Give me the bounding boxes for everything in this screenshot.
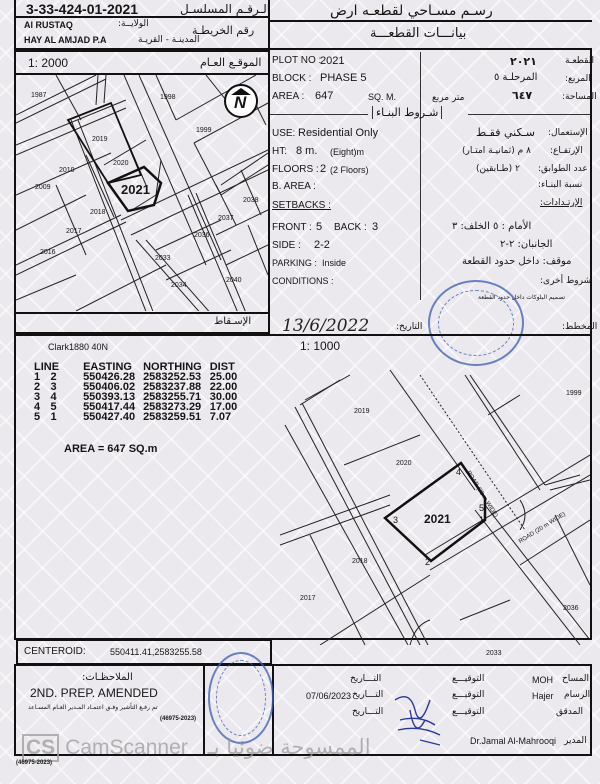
map-number-label: رقم الخريطـة — [192, 24, 254, 37]
plot-label: 1998 — [160, 94, 176, 101]
northing-cell: 2583259.51 — [139, 412, 206, 422]
line-from-cell: 5 — [30, 412, 47, 422]
area-value: 647 — [315, 90, 333, 102]
vertex-label: 5 — [479, 503, 484, 513]
back-label: BACK : — [334, 222, 367, 233]
building-conditions-heading: شـروط البنـاء — [372, 106, 442, 119]
ministry-stamp — [208, 652, 274, 744]
north-label: N — [234, 93, 246, 113]
area-summary: AREA = 647 SQ.m — [64, 443, 157, 455]
notes-text: 2ND. PREP. AMENDED — [30, 686, 158, 700]
detail-plot-label: 2020 — [396, 460, 412, 467]
vertex-label: 3 — [393, 515, 398, 525]
plot-label: 2038 — [243, 197, 259, 204]
height-ar: ٨ م (ثمانيـة امتـار) — [462, 146, 531, 156]
detail-map — [280, 355, 590, 645]
plot-no-label: PLOT NO : — [272, 55, 321, 66]
setbacks-label: SETBACKS : — [272, 200, 331, 211]
approval-date: 07/06/2023 — [306, 691, 351, 701]
land-survey-sheet: 3-33-424-01-2021 الـرقـم المسلسـل رسـم م… — [0, 0, 600, 784]
setbacks-label-ar: الإرتـدادات: — [540, 198, 582, 208]
signature-date-label: التـــاريخ — [352, 707, 383, 717]
back-value: 3 — [372, 221, 378, 233]
document-title: رسـم مسـاحي لقطعـه ارض — [330, 3, 493, 19]
notes-ar: تم رفـع التأشير وفـق اعتمـاد المـدير الع… — [28, 704, 158, 711]
line-to-cell: 1 — [47, 412, 64, 422]
checker-label: المدقق — [556, 707, 583, 717]
plot-label: 2040 — [226, 277, 242, 284]
distance-cell: 7.07 — [206, 412, 242, 422]
serial-label: الـرقـم المسلسـل — [180, 2, 270, 16]
plot-label: 1987 — [31, 92, 47, 99]
detail-plot-label: 2017 — [300, 595, 316, 602]
plot-label: 2018 — [90, 209, 106, 216]
use-label-ar: الإستعمال: — [548, 128, 588, 138]
building-area-label: B. AREA : — [272, 181, 316, 192]
use-label: USE: — [272, 128, 295, 139]
easting-cell: 550427.40 — [63, 412, 139, 422]
north-arrow-icon: N — [224, 84, 258, 118]
detail-scale: 1: 1000 — [300, 339, 340, 353]
height-words: (Eight)m — [330, 147, 364, 157]
side-value: 2-2 — [314, 239, 330, 251]
coordinates-table: LINE EASTING NORTHING DIST 12550426.2825… — [30, 362, 241, 422]
signature-label: التوقيـــع — [452, 690, 484, 700]
signature-label: التوقيـــع — [452, 707, 484, 717]
serial-number: 3-33-424-01-2021 — [26, 1, 138, 17]
parking-ar: موقف: داخل حدود القطعة — [462, 256, 572, 267]
plot-data-heading: بيانـــات القطعـــة — [370, 26, 466, 41]
centeroid-label: CENTEROID: — [24, 646, 86, 657]
floors-words: (2 Floors) — [330, 165, 369, 175]
vertex-label: 2 — [425, 557, 430, 567]
plot-label-ar: القطعـة — [565, 56, 594, 66]
plot-label: 2010 — [59, 167, 75, 174]
general-location-label: الموقـع العـام — [200, 56, 261, 69]
handwritten-date: 13/6/2022 — [282, 316, 369, 336]
general-scale: 1: 2000 — [28, 56, 68, 70]
detail-plot-label: 2018 — [352, 558, 368, 565]
detail-plot-label: 2036 — [563, 605, 579, 612]
floors-label: FLOORS : — [272, 164, 319, 175]
front-label: FRONT : — [272, 222, 312, 233]
coordinate-row: 51550427.402583259.517.07 — [30, 412, 241, 422]
city-value: HAY AL AMJAD P.A — [24, 35, 107, 45]
plot-label: 2020 — [113, 160, 129, 167]
floors-value: 2 — [320, 163, 326, 175]
block-value: PHASE 5 — [320, 72, 366, 84]
notes-label-ar: الملاحظـات: — [82, 672, 133, 683]
date-label-ar: التاريخ: — [396, 322, 422, 332]
height-label-ar: الإرتفـاع: — [550, 146, 583, 156]
subject-plot-label: 2021 — [121, 182, 150, 197]
height-value: 8 m. — [296, 145, 317, 157]
drafter-label: الرسام — [564, 690, 590, 700]
floors-label-ar: عدد الطوابق: — [538, 164, 588, 174]
detail-plot-label: 2033 — [486, 650, 502, 657]
detail-subject-plot: 2021 — [424, 512, 451, 526]
height-label: HT: — [272, 146, 287, 157]
signature-date-label: التـــاريخ — [350, 674, 381, 684]
parking-label: PARKING : — [272, 258, 317, 268]
other-conditions-label-ar: شروط أخرى: — [540, 276, 591, 286]
front-value: 5 — [316, 221, 322, 233]
block-ar: المرحلـة ٥ — [494, 72, 537, 83]
projection-label: الإسـقاط — [214, 316, 251, 327]
area-label-ar: المساحة: — [562, 92, 597, 102]
plot-label: 2019 — [92, 136, 108, 143]
detail-plot-label: 2019 — [354, 408, 370, 415]
plot-label: 2016 — [40, 249, 56, 256]
plot-no-value: 2021 — [320, 55, 344, 67]
plot-label: 1999 — [196, 127, 212, 134]
director-label: المدير — [564, 736, 587, 746]
reference-number: (46975-2023) — [160, 716, 196, 722]
wilayat-label: الولايــة: — [118, 19, 149, 29]
area-unit-ar: متر مربع — [432, 93, 464, 103]
area-label: AREA : — [272, 91, 304, 102]
plot-label: 2037 — [218, 215, 234, 222]
centeroid-value: 550411.41,2583255.58 — [110, 647, 202, 657]
signature-date-label: التـــاريخ — [352, 690, 383, 700]
detail-plot-label: 1999 — [566, 390, 582, 397]
plot-label: 2009 — [35, 184, 51, 191]
datum-label: Clark1880 40N — [48, 342, 108, 352]
side-label: SIDE : — [272, 240, 301, 251]
plot-label: 2033 — [155, 255, 171, 262]
front-back-ar: الأمام : ٥ الخلف: ٣ — [452, 221, 531, 232]
signature-scribble — [390, 690, 450, 750]
plot-label: 2034 — [171, 282, 187, 289]
director-value: Dr.Jamal Al-Mahrooqi — [470, 736, 556, 746]
building-area-label-ar: نسبة البنـاء: — [538, 180, 582, 190]
wilayat-value: Al RUSTAQ — [24, 20, 73, 30]
camscanner-text-ar: الممسوحة ضوئيا بـ — [208, 735, 371, 759]
floors-ar: ٢ (طـابقين) — [476, 164, 520, 174]
vertex-label: 1 — [479, 515, 484, 525]
conditions-label: CONDITIONS : — [272, 276, 334, 286]
plot-label: 2017 — [66, 228, 82, 235]
plot-no-ar: ٢٠٢١ — [510, 55, 537, 68]
surveyor-value: MOH — [532, 675, 553, 685]
area-ar: ٦٤٧ — [512, 89, 532, 102]
block-label: BLOCK : — [272, 73, 311, 84]
camscanner-text: CamScanner — [65, 736, 188, 759]
use-value: Residential Only — [298, 127, 378, 139]
block-label-ar: المربع: — [565, 74, 591, 84]
city-label: المدينـة - القريـة — [138, 35, 200, 45]
signature-label: التوقيـــع — [452, 674, 484, 684]
planner-label-ar: المخطط: — [562, 322, 597, 332]
camscanner-watermark: CSCamScanner الممسوحة ضوئيا بـ — [22, 734, 371, 762]
vertex-label: 4 — [456, 467, 461, 477]
plot-label: 2036 — [194, 232, 210, 239]
use-ar: سـكني فقـط — [476, 126, 535, 139]
drafter-value: Hajer — [532, 691, 554, 701]
reference-number-bottom: (46975-2023) — [16, 760, 52, 766]
side-ar: الجانبان: ٢-٢ — [500, 239, 552, 250]
parking-value: Inside — [322, 258, 346, 268]
camscanner-logo-icon: CS — [22, 734, 59, 762]
surveyor-label: المساح — [562, 674, 589, 684]
area-unit: SQ. M. — [368, 92, 396, 102]
